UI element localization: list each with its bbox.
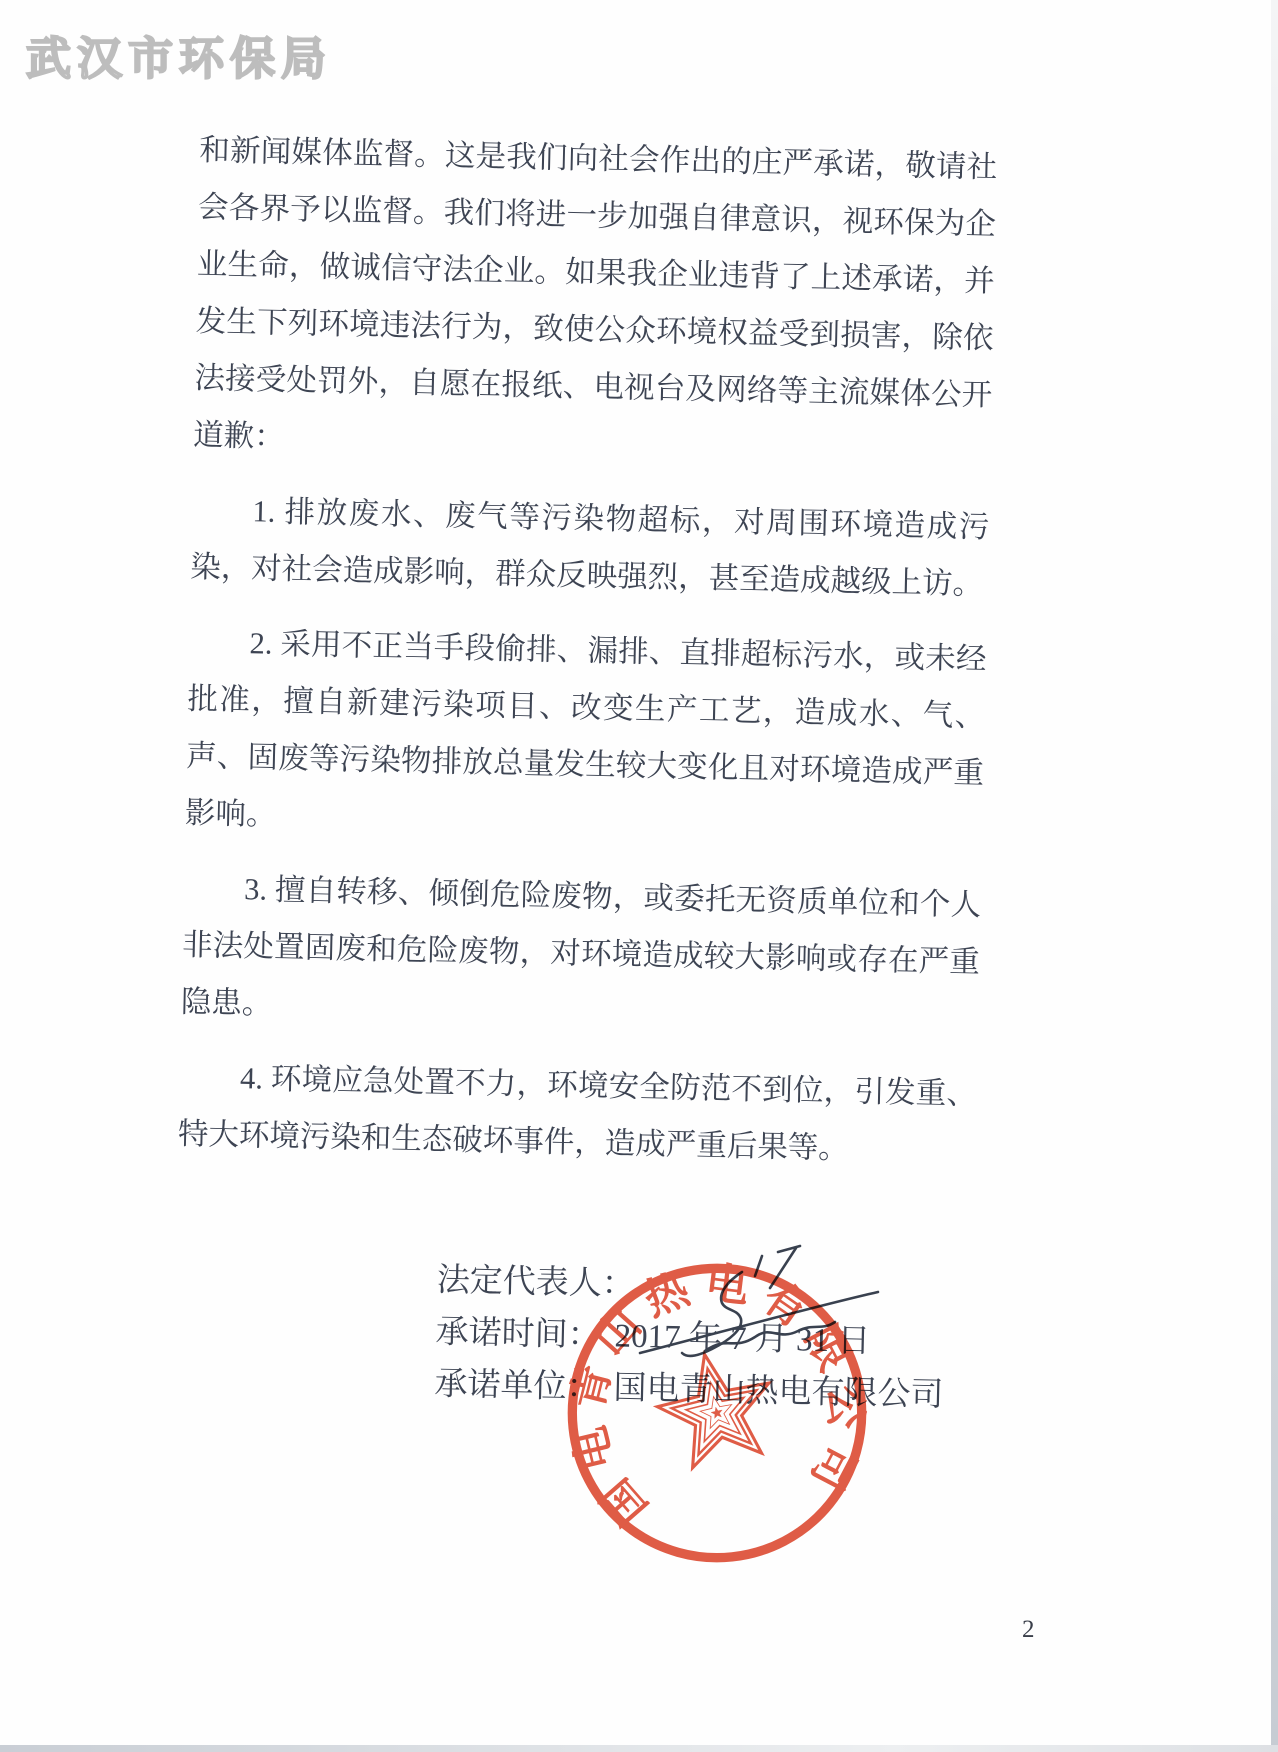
company-seal: 国电青山热电有限公司: [547, 1243, 888, 1584]
paragraph-item-3: 3. 擅自转移、倾倒危险废物，或委托无资质单位和个人非法处置固废和危险废物，对环…: [180, 860, 982, 1048]
paragraph-intro: 和新闻媒体监督。这是我们向社会作出的庄严承诺，敬请社会各界予以监督。我们将进一步…: [193, 122, 998, 481]
page-number: 2: [1022, 1616, 1035, 1644]
paragraph-item-1: 1. 排放废水、废气等污染物超标，对周围环境造成污染，对社会造成影响，群众反映强…: [190, 482, 990, 613]
seal-star-icon: [649, 1343, 783, 1473]
document-body: 和新闻媒体监督。这是我们向社会作出的庄严承诺，敬请社会各界予以监督。我们将进一步…: [172, 122, 998, 1422]
watermark-wuhan-epb: 武汉市环保局: [26, 22, 332, 87]
seal-text-group: 国电青山热电有限公司: [548, 1244, 882, 1538]
scan-edge-bottom: [0, 1745, 1278, 1752]
seal-text: 国电青山热电有限公司: [548, 1244, 882, 1538]
paragraph-item-4: 4. 环境应急处置不力，环境安全防范不到位，引发重、特大环境污染和生态破坏事件，…: [177, 1049, 977, 1180]
paragraph-item-2: 2. 采用不正当手段偷排、漏排、直排超标污水，或未经批准，擅自新建污染项目、改变…: [184, 614, 987, 859]
document-page: 武汉市环保局 和新闻媒体监督。这是我们向社会作出的庄严承诺，敬请社会各界予以监督…: [0, 0, 1278, 1752]
scan-edge-right: [1271, 0, 1278, 1752]
